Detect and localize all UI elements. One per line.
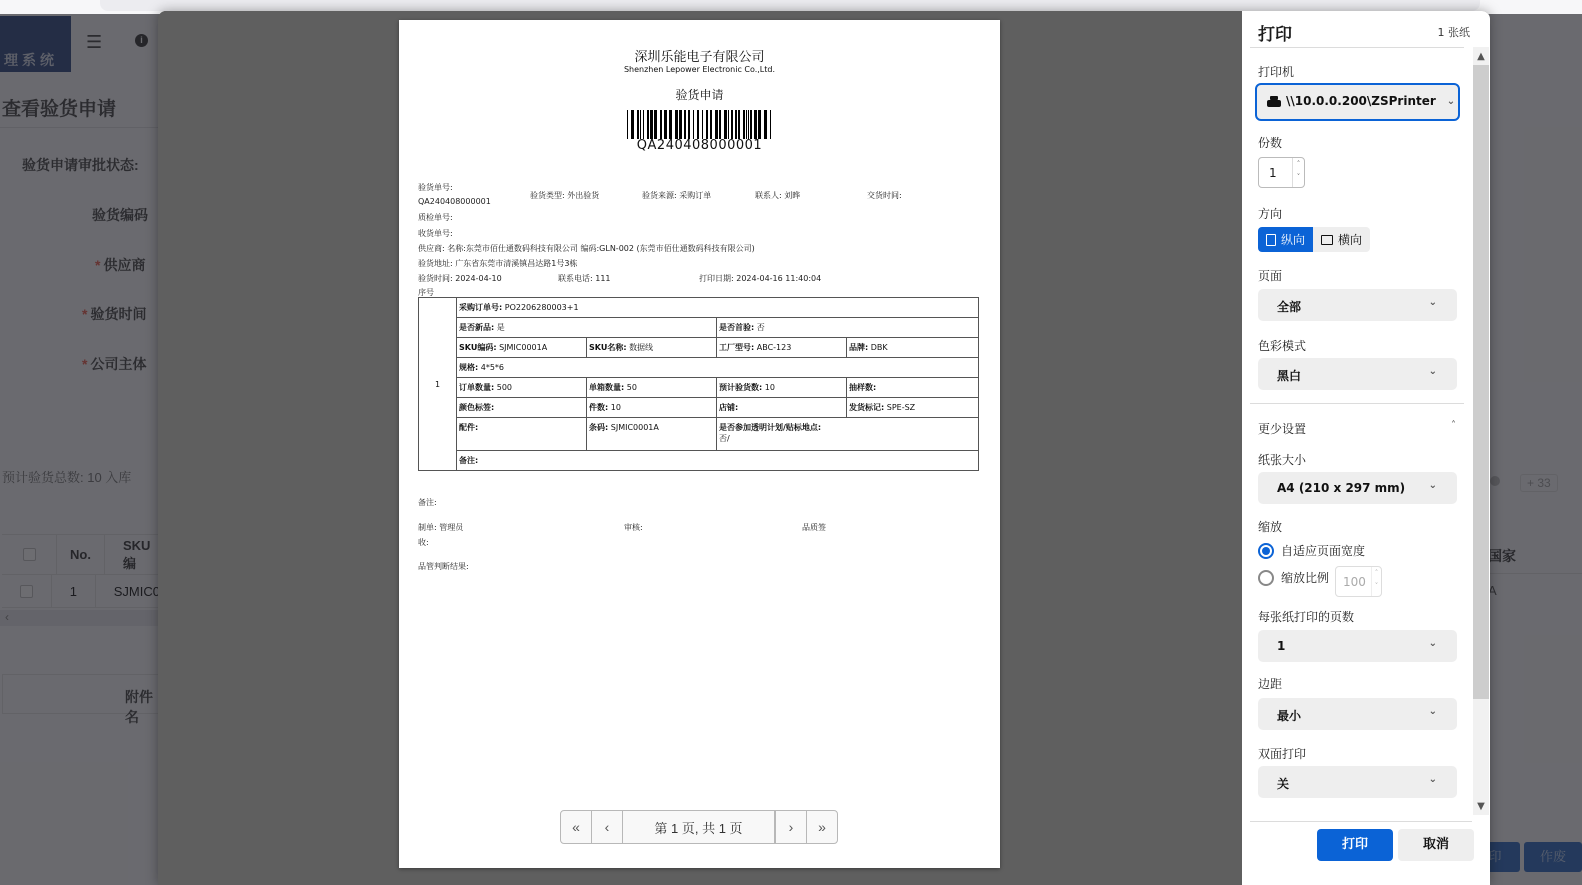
scale-label: 缩放 [1258, 518, 1282, 535]
orientation-toggle: 纵向 横向 [1258, 227, 1370, 252]
next-page-button[interactable]: › [775, 811, 806, 843]
chevron-down-icon: ⌄ [1447, 96, 1455, 119]
scrollbar-thumb[interactable] [1473, 65, 1489, 699]
copies-label: 份数 [1258, 134, 1282, 151]
field-print-date: 打印日期: 2024-04-16 11:40:04 [699, 273, 821, 284]
chevron-down-icon: ⌄ [1429, 706, 1437, 717]
item-expected-qty: 预计验货数: 10 [717, 378, 847, 398]
chevron-down-icon: ⌄ [1429, 366, 1437, 377]
copies-spin-buttons[interactable]: ˄˅ [1292, 158, 1304, 187]
item-spec: 规格: 4*5*6 [457, 358, 979, 378]
barcode-text: QA240408000001 [399, 138, 1000, 153]
item-sku-code: SKU编码: SJMIC0001A [457, 338, 587, 358]
printer-icon [1267, 96, 1281, 108]
item-sku-name: SKU名称: 数据线 [587, 338, 717, 358]
radio-selected-icon [1258, 543, 1274, 559]
item-shop: 店铺: [717, 398, 847, 418]
item-accessories: 配件: [457, 418, 587, 451]
print-settings-panel: 打印 1 张纸 ▲ ▼ 打印机 \\10.0.0.200\ZSPrinter ⌄… [1242, 11, 1490, 885]
portrait-page-icon [1266, 234, 1276, 246]
pages-label: 页面 [1258, 267, 1282, 284]
page-navigator: « ‹ 第 1 页, 共 1 页 › » [560, 810, 838, 844]
company-name-cn: 深圳乐能电子有限公司 [399, 46, 1000, 65]
duplex-select[interactable]: 关⌄ [1258, 766, 1457, 798]
paper-size-label: 纸张大小 [1258, 451, 1306, 468]
field-source: 验货来源: 采购订单 [642, 190, 711, 201]
item-is-new: 是否新品: 是 [457, 318, 717, 338]
field-type: 验货类型: 外出验货 [530, 190, 599, 201]
orientation-label: 方向 [1258, 205, 1282, 222]
item-order-qty: 订单数量: 500 [457, 378, 587, 398]
field-contact: 联系人: 刘晔 [755, 190, 800, 201]
footer-reviewer: 审核: [624, 522, 643, 533]
margins-select[interactable]: 最小⌄ [1258, 698, 1457, 730]
chevron-down-icon: ⌄ [1429, 297, 1437, 308]
item-brand: 品牌: DBK [847, 338, 979, 358]
divider [1250, 47, 1464, 48]
preview-page: 深圳乐能电子有限公司 Shenzhen Lepower Electronic C… [399, 20, 1000, 868]
pages-select[interactable]: 全部⌄ [1258, 289, 1457, 321]
inspection-items-table: 1 采购订单号: PO2206280003+1 是否新品: 是 是否首验: 否 … [418, 297, 979, 471]
printer-value: \\10.0.0.200\ZSPrinter [1286, 94, 1436, 119]
pages-per-sheet-select[interactable]: 1⌄ [1258, 630, 1457, 662]
item-pieces: 件数: 10 [587, 398, 717, 418]
radio-unselected-icon [1258, 570, 1274, 586]
dialog-title: 打印 [1258, 20, 1292, 45]
item-factory-model: 工厂型号: ABC-123 [717, 338, 847, 358]
sheet-count: 1 张纸 [1438, 24, 1471, 40]
cancel-button[interactable]: 取消 [1398, 829, 1474, 861]
field-delivery-time: 交货时间: [867, 190, 902, 201]
address-bar[interactable] [100, 0, 1480, 11]
field-address: 验货地址: 广东省东莞市清溪镇昌达路1号3栋 [418, 258, 577, 269]
scroll-down-icon[interactable]: ▼ [1473, 799, 1489, 815]
print-preview-area: 深圳乐能电子有限公司 Shenzhen Lepower Electronic C… [158, 11, 1242, 885]
settings-scrollbar[interactable]: ▲ ▼ [1473, 47, 1489, 815]
footer-remark: 备注: [418, 497, 437, 508]
copies-stepper[interactable]: 1 ˄˅ [1258, 157, 1305, 188]
margins-label: 边距 [1258, 675, 1282, 692]
footer-quality-sign: 品质签 [802, 522, 826, 533]
scale-custom-radio[interactable]: 缩放比例 [1258, 569, 1329, 586]
item-carton-qty: 单箱数量: 50 [587, 378, 717, 398]
field-inspection-no: QA240408000001 [418, 197, 491, 206]
copies-value: 1 [1269, 166, 1277, 180]
divider [1250, 403, 1464, 404]
document-title: 验货申请 [399, 86, 1000, 103]
duplex-label: 双面打印 [1258, 745, 1306, 762]
last-page-button[interactable]: » [806, 811, 837, 843]
color-mode-label: 色彩模式 [1258, 337, 1306, 354]
scale-spin-buttons[interactable]: ˄˅ [1371, 567, 1381, 596]
scroll-up-icon[interactable]: ▲ [1473, 49, 1489, 65]
chevron-down-icon: ⌄ [1429, 480, 1437, 491]
item-sample-qty: 抽样数: [847, 378, 979, 398]
item-ship-mark: 发货标记: SPE-SZ [847, 398, 979, 418]
printer-label: 打印机 [1258, 63, 1294, 80]
item-barcode: 条码: SJMIC0001A [587, 418, 717, 451]
item-po-no: 采购订单号: PO2206280003+1 [457, 298, 979, 318]
footer-quality-sign-cont: 收: [418, 537, 429, 548]
field-inspect-time: 验货时间: 2024-04-10 [418, 273, 502, 284]
field-qc-no: 质检单号: [418, 212, 453, 223]
item-seq: 1 [419, 298, 457, 471]
printer-select[interactable]: \\10.0.0.200\ZSPrinter ⌄ [1255, 83, 1460, 121]
pages-per-sheet-label: 每张纸打印的页数 [1258, 608, 1354, 625]
landscape-page-icon [1321, 235, 1333, 245]
first-page-button[interactable]: « [561, 811, 592, 843]
item-transparency: 是否参加透明计划/贴标地点:否/ [717, 418, 979, 451]
item-color-label: 颜色标签: [457, 398, 587, 418]
item-remark: 备注: [457, 451, 979, 471]
color-mode-select[interactable]: 黑白⌄ [1258, 358, 1457, 390]
field-supplier: 供应商: 名称:东莞市佰仕通数码科技有限公司 编码:GLN-002 (东莞市佰仕… [418, 243, 755, 254]
footer-qc-result: 品管判断结果: [418, 561, 469, 572]
footer-maker: 制单: 管理员 [418, 522, 463, 533]
orientation-landscape[interactable]: 横向 [1313, 227, 1370, 252]
field-phone: 联系电话: 111 [558, 273, 611, 284]
fewer-settings-toggle[interactable]: 更少设置 ˄ [1258, 420, 1458, 437]
chevron-down-icon: ⌄ [1429, 638, 1437, 649]
company-name-en: Shenzhen Lepower Electronic Co.,Ltd. [399, 65, 1000, 74]
item-first-inspection: 是否首验: 否 [717, 318, 979, 338]
settings-header: 打印 1 张纸 [1258, 19, 1470, 47]
chevron-down-icon: ⌄ [1429, 774, 1437, 785]
field-inspection-no-label: 验货单号: [418, 182, 453, 193]
prev-page-button[interactable]: ‹ [592, 811, 623, 843]
print-button[interactable]: 打印 [1317, 829, 1393, 861]
scale-fit-radio[interactable]: 自适应页面宽度 [1258, 542, 1365, 559]
barcode-image [627, 110, 771, 139]
orientation-portrait[interactable]: 纵向 [1258, 227, 1313, 252]
divider [1250, 821, 1472, 822]
field-receipt-no: 收货单号: [418, 228, 453, 239]
chevron-up-icon: ˄ [1451, 420, 1456, 431]
scale-input[interactable]: 100 ˄˅ [1335, 566, 1382, 597]
print-dialog: 深圳乐能电子有限公司 Shenzhen Lepower Electronic C… [158, 11, 1490, 885]
paper-size-select[interactable]: A4 (210 x 297 mm)⌄ [1258, 472, 1457, 504]
page-indicator: 第 1 页, 共 1 页 [623, 811, 775, 843]
